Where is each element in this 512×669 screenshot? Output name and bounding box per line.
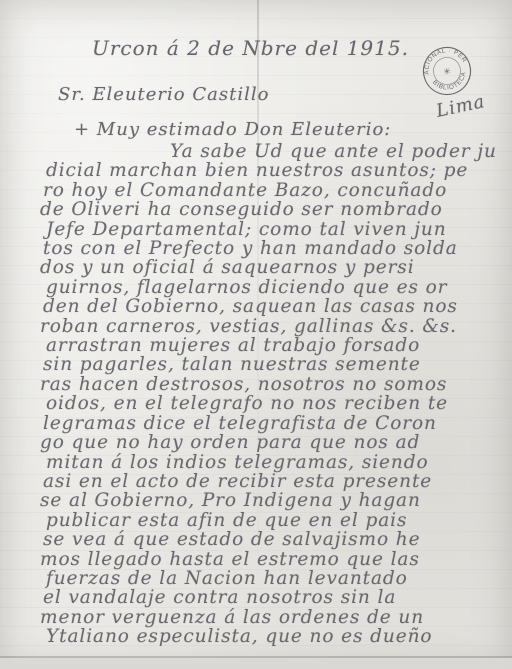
manuscript-line: ro hoy el Comandante Bazo, concuñado: [43, 181, 488, 200]
stamp-center-emblem: ✳: [442, 65, 453, 77]
letter-body: Ya sabe Ud que ante el poder ju dicial m…: [40, 142, 488, 647]
manuscript-line: el vandalaje contra nosotros sin la: [43, 588, 488, 607]
recipient-line: Sr. Eleuterio Castillo: [58, 84, 269, 105]
manuscript-line: de Oliveri ha conseguido ser nombrado: [40, 200, 488, 219]
manuscript-line: mitan á los indios telegramas, siendo: [46, 453, 488, 472]
manuscript-line: go que no hay orden para que nos ad: [40, 433, 488, 452]
manuscript-line: tos con el Prefecto y han mandado solda: [43, 239, 488, 258]
manuscript-line: Ya sabe Ud que ante el poder ju: [40, 142, 488, 161]
manuscript-line: se al Gobierno, Pro Indigena y hagan: [40, 491, 488, 510]
manuscript-line: mos llegado hasta el estremo que las: [40, 550, 488, 569]
manuscript-line: fuerzas de la Nacion han levantado: [46, 569, 488, 588]
manuscript-line: oidos, en el telegrafo no nos reciben te: [46, 394, 488, 413]
dateline: Urcon á 2 de Nbre del 1915.: [92, 36, 409, 60]
manuscript-line: Jefe Departamental; como tal viven jun: [46, 220, 488, 239]
manuscript-line: menor verguenza á las ordenes de un: [40, 608, 488, 627]
scan-bottom-edge: [0, 656, 512, 669]
salutation-line: + Muy estimado Don Eleuterio:: [74, 119, 391, 140]
manuscript-line: ras hacen destrosos, nosotros no somos: [40, 375, 488, 394]
manuscript-line: publicar esta afin de que en el pais: [46, 511, 488, 530]
manuscript-line: den del Gobierno, saquean las casas nos: [43, 297, 488, 316]
manuscript-line: guirnos, flagelarnos diciendo que es or: [46, 278, 488, 297]
manuscript-line: Ytaliano especulista, que no es dueño: [46, 627, 488, 646]
manuscript-line: dicial marchan bien nuestros asuntos; pe: [46, 161, 488, 180]
manuscript-line: roban carneros, vestias, gallinas &s. &s…: [40, 317, 488, 336]
manuscript-line: se vea á que estado de salvajismo he: [43, 530, 488, 549]
manuscript-line: asi en el acto de recibir esta presente: [43, 472, 488, 491]
letter-page: NACIONAL · PERÚ BIBLIOTECA ✳ Urcon á 2 d…: [0, 0, 512, 669]
manuscript-line: legramas dice el telegrafista de Coron: [43, 414, 488, 433]
manuscript-line: dos y un oficial á saquearnos y persi: [40, 258, 488, 277]
manuscript-line: arrastran mujeres al trabajo forsado: [46, 336, 488, 355]
manuscript-line: sin pagarles, talan nuestras semente: [43, 355, 488, 374]
